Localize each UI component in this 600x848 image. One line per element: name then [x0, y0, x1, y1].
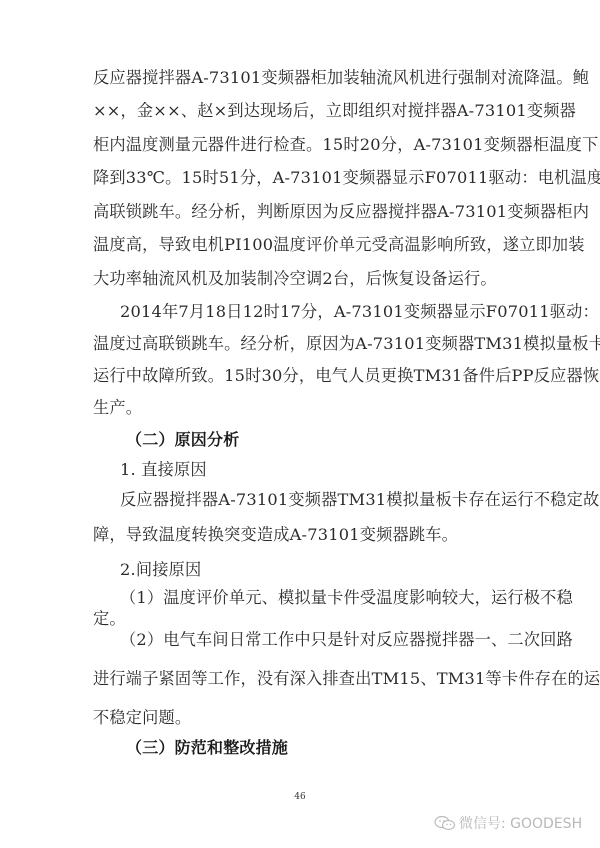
subheading-indirect-cause: 2.间接原因 — [120, 560, 201, 580]
paragraph-line: 温度过高联锁跳车。经分析，原因为A-73101变频器TM31模拟量板卡 — [93, 334, 600, 354]
section-heading-cause-analysis: （二）原因分析 — [126, 430, 239, 450]
watermark-text: 微信号: GOODESH — [459, 813, 582, 833]
paragraph-line: 运行中故障所致。15时30分，电气人员更换TM31备件后PP反应器恢复 — [93, 366, 600, 386]
paragraph-line: （2）电气车间日常工作中只是针对反应器搅拌器一、二次回路 — [120, 630, 573, 650]
paragraph-line: 反应器搅拌器A-73101变频器柜加装轴流风机进行强制对流降温。鲍 — [93, 68, 589, 88]
paragraph-line: 柜内温度测量元器件进行检查。15时20分，A-73101变频器柜温度下 — [93, 135, 598, 155]
document-page: 反应器搅拌器A-73101变频器柜加装轴流风机进行强制对流降温。鲍 ××，金××… — [0, 0, 600, 848]
paragraph-line: 不稳定问题。 — [93, 708, 191, 728]
subheading-direct-cause: 1. 直接原因 — [120, 460, 207, 480]
paragraph-line: 进行端子紧固等工作，没有深入排查出TM15、TM31等卡件存在的运行 — [93, 669, 600, 689]
paragraph-line: 高联锁跳车。经分析，判断原因为反应器搅拌器A-73101变频器柜内 — [93, 202, 589, 222]
paragraph-line: 障，导致温度转换突变造成A-73101变频器跳车。 — [93, 525, 458, 545]
page-number: 46 — [0, 792, 600, 802]
watermark: 微信号: GOODESH — [434, 813, 582, 833]
section-heading-prevention-measures: （三）防范和整改措施 — [126, 738, 288, 758]
paragraph-line: 生产。 — [93, 398, 142, 418]
paragraph-line: 温度高，导致电机PI100温度评价单元受高温影响所致，遂立即加装 — [93, 235, 585, 255]
paragraph-line: 定。 — [93, 609, 126, 629]
paragraph-line: 大功率轴流风机及加装制冷空调2台，后恢复设备运行。 — [93, 269, 497, 289]
paragraph-line: （1）温度评价单元、模拟量卡件受温度影响较大，运行极不稳 — [120, 588, 573, 608]
paragraph-line: 2014年7月18日12时17分，A-73101变频器显示F07011驱动：电机 — [120, 302, 600, 322]
paragraph-line: ××，金××、赵×到达现场后，立即组织对搅拌器A-73101变频器 — [93, 101, 576, 121]
paragraph-line: 降到33℃。15时51分，A-73101变频器显示F07011驱动：电机温度过 — [93, 168, 600, 188]
paragraph-line: 反应器搅拌器A-73101变频器TM31模拟量板卡存在运行不稳定故 — [120, 490, 599, 510]
wechat-icon — [434, 815, 456, 831]
